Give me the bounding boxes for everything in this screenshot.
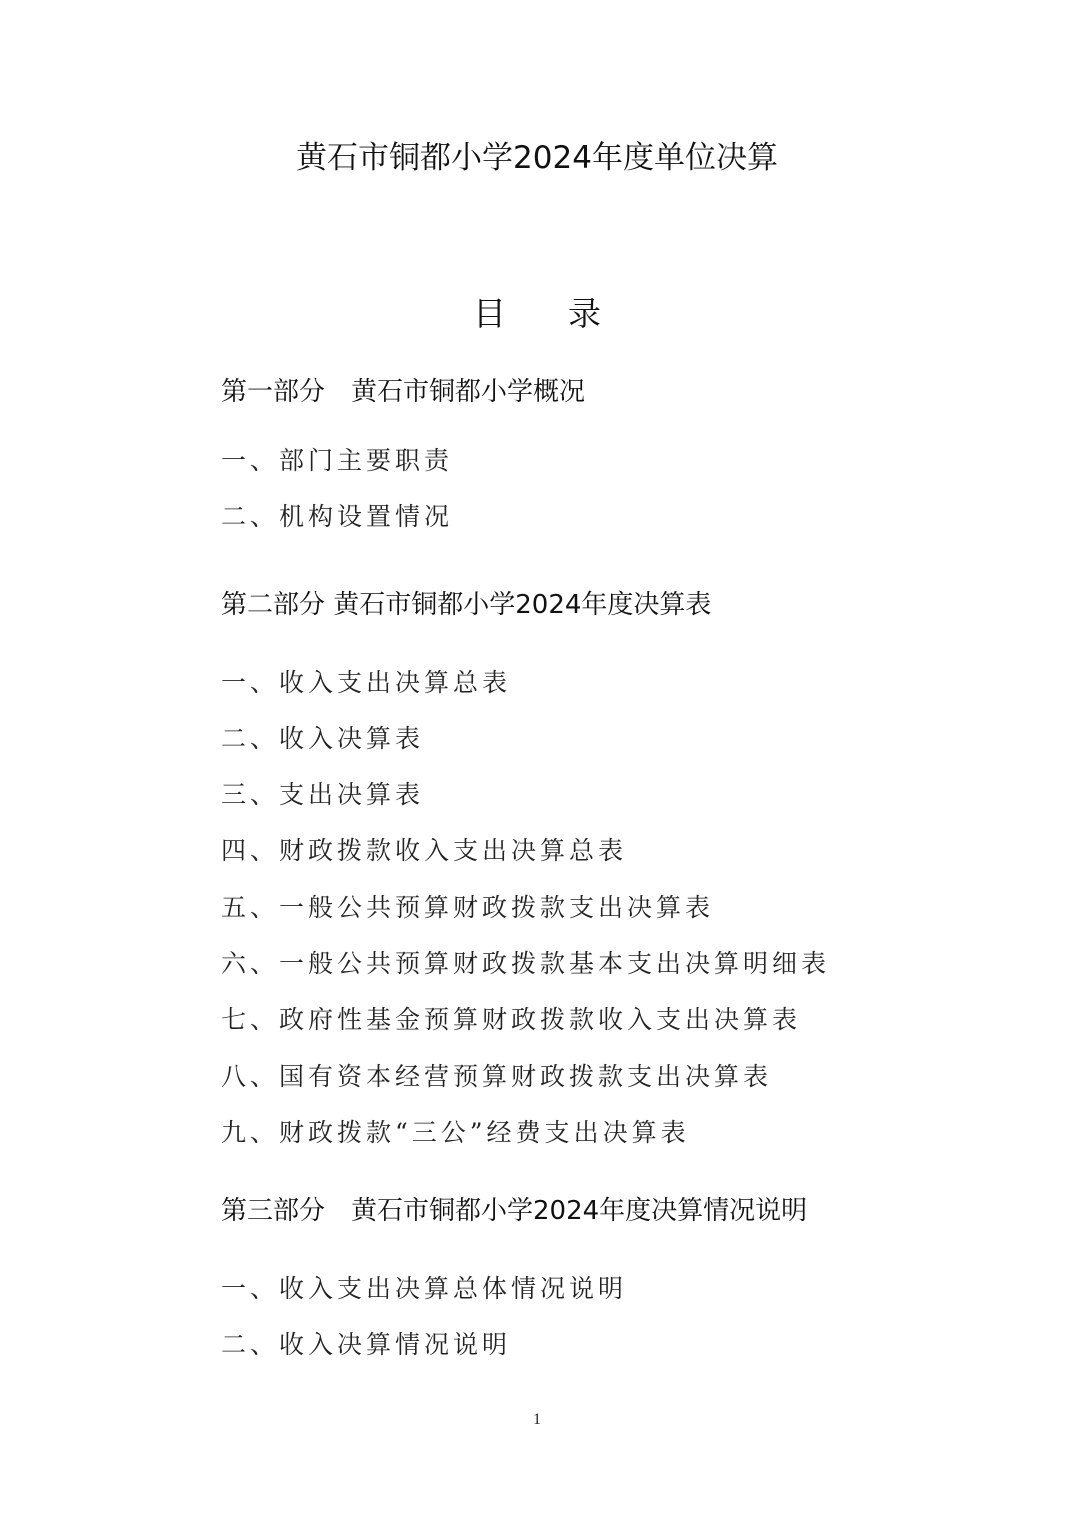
toc-item: 二、收入决算情况说明 — [221, 1328, 511, 1362]
part-2-heading: 第二部分 黄石市铜都小学2024年度决算表 — [221, 588, 711, 622]
toc-heading: 目录 — [0, 294, 1074, 334]
toc-item: 三、支出决算表 — [221, 778, 424, 812]
toc-item: 八、国有资本经营预算财政拨款支出决算表 — [221, 1060, 772, 1094]
document-title: 黄石市铜都小学2024年度单位决算 — [0, 138, 1074, 178]
part-1-heading: 第一部分 黄石市铜都小学概况 — [221, 375, 585, 409]
toc-item: 二、机构设置情况 — [221, 500, 453, 534]
toc-item: 一、收入支出决算总表 — [221, 666, 511, 700]
toc-item: 四、财政拨款收入支出决算总表 — [221, 834, 627, 868]
toc-item: 二、收入决算表 — [221, 722, 424, 756]
toc-item: 一、部门主要职责 — [221, 444, 453, 478]
part-3-heading: 第三部分 黄石市铜都小学2024年度决算情况说明 — [221, 1194, 807, 1228]
toc-item: 七、政府性基金预算财政拨款收入支出决算表 — [221, 1003, 801, 1037]
toc-item: 一、收入支出决算总体情况说明 — [221, 1272, 627, 1306]
page-number: 1 — [0, 1410, 1074, 1430]
toc-item: 五、一般公共预算财政拨款支出决算表 — [221, 891, 714, 925]
toc-item: 六、一般公共预算财政拨款基本支出决算明细表 — [221, 947, 830, 981]
toc-item: 九、财政拨款“三公”经费支出决算表 — [221, 1116, 690, 1150]
